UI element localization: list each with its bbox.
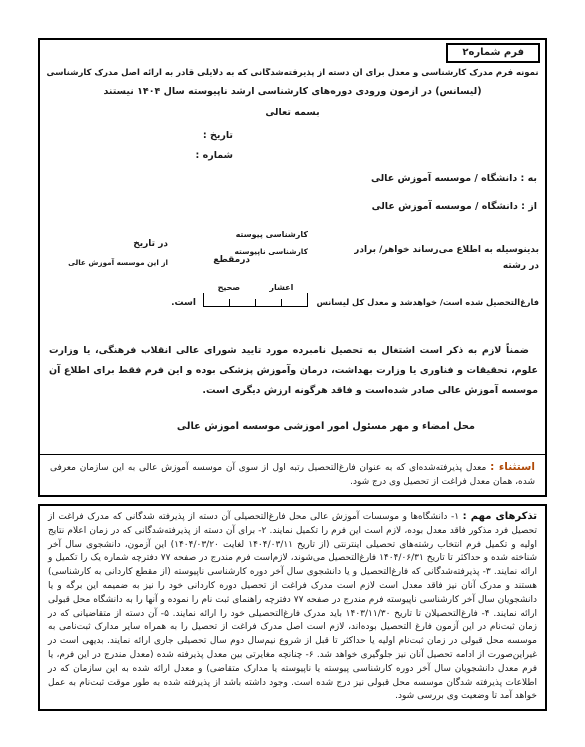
exception-text: معدل پذیرفته‌شده‌ای که به عنوان فارغ‌الت… xyxy=(50,463,535,487)
notes-text: ۱- دانشگاه‌ها و موسسات آموزش عالی محل فا… xyxy=(48,512,537,701)
exception-label: استثناء : xyxy=(490,461,535,473)
on-date-label: در تاریخ xyxy=(133,239,168,249)
exception-section: استثناء : معدل پذیرفته‌شده‌ای که به عنوا… xyxy=(38,455,547,497)
degree-option-continuous: کارشناسی پیوسته xyxy=(236,230,308,239)
gpa-integer-label: صحیح xyxy=(218,282,241,293)
to-line: به : دانشگاه / موسسه آموزش عالی xyxy=(371,173,537,184)
number-label: شماره : xyxy=(196,150,233,161)
exception-paragraph: استثناء : معدل پذیرفته‌شده‌ای که به عنوا… xyxy=(50,460,535,489)
date-label: تاریخ : xyxy=(203,130,233,141)
scanned-form-page: فرم شماره۲ نمونه فرم مدرک کارشناسی و معد… xyxy=(0,0,585,747)
gpa-suffix-text: است. xyxy=(171,298,196,308)
signature-line: محل امضاء و مهر مسئول امور آموزشی موسسه … xyxy=(177,421,475,432)
main-form-box: فرم شماره۲ نمونه فرم مدرک کارشناسی و معد… xyxy=(38,38,547,455)
from-institute-label: از این موسسه آموزش عالی xyxy=(68,258,168,267)
graduated-line: فارغ‌التحصیل شده است/ خواهدشد و معدل کل … xyxy=(316,297,539,307)
basmala-text: بسمه تعالی xyxy=(40,107,545,118)
gpa-decimal-label: اعشار xyxy=(269,282,293,293)
from-line: از : دانشگاه / موسسه آموزش عالی xyxy=(372,201,537,212)
gpa-entry-area: اعشار صحیح xyxy=(203,282,308,307)
addendum-paragraph: ضمناً لازم به ذکر است اشتغال به تحصیل نا… xyxy=(49,341,538,401)
form-title-line1: نمونه فرم مدرک کارشناسی و معدل برای آن د… xyxy=(40,68,545,78)
gpa-part-labels: اعشار صحیح xyxy=(203,282,308,293)
important-notes-section: تذکرهای مهم : ۱- دانشگاه‌ها و موسسات آمو… xyxy=(38,504,547,711)
notes-paragraph: تذکرهای مهم : ۱- دانشگاه‌ها و موسسات آمو… xyxy=(48,510,537,704)
notes-label: تذکرهای مهم : xyxy=(463,511,537,522)
announce-line: بدینوسیله به اطلاع می‌رساند خواهر/ برادر xyxy=(354,245,539,255)
level-label: درمقطع xyxy=(213,255,250,265)
form-number-label: فرم شماره۲ xyxy=(462,47,524,58)
gpa-digit-boxes xyxy=(203,293,308,307)
field-label: در رشته xyxy=(503,261,539,271)
form-title-line2: (لیسانس) در آزمون ورودی دوره‌های کارشناس… xyxy=(40,86,545,97)
form-number-badge: فرم شماره۲ xyxy=(446,43,540,63)
